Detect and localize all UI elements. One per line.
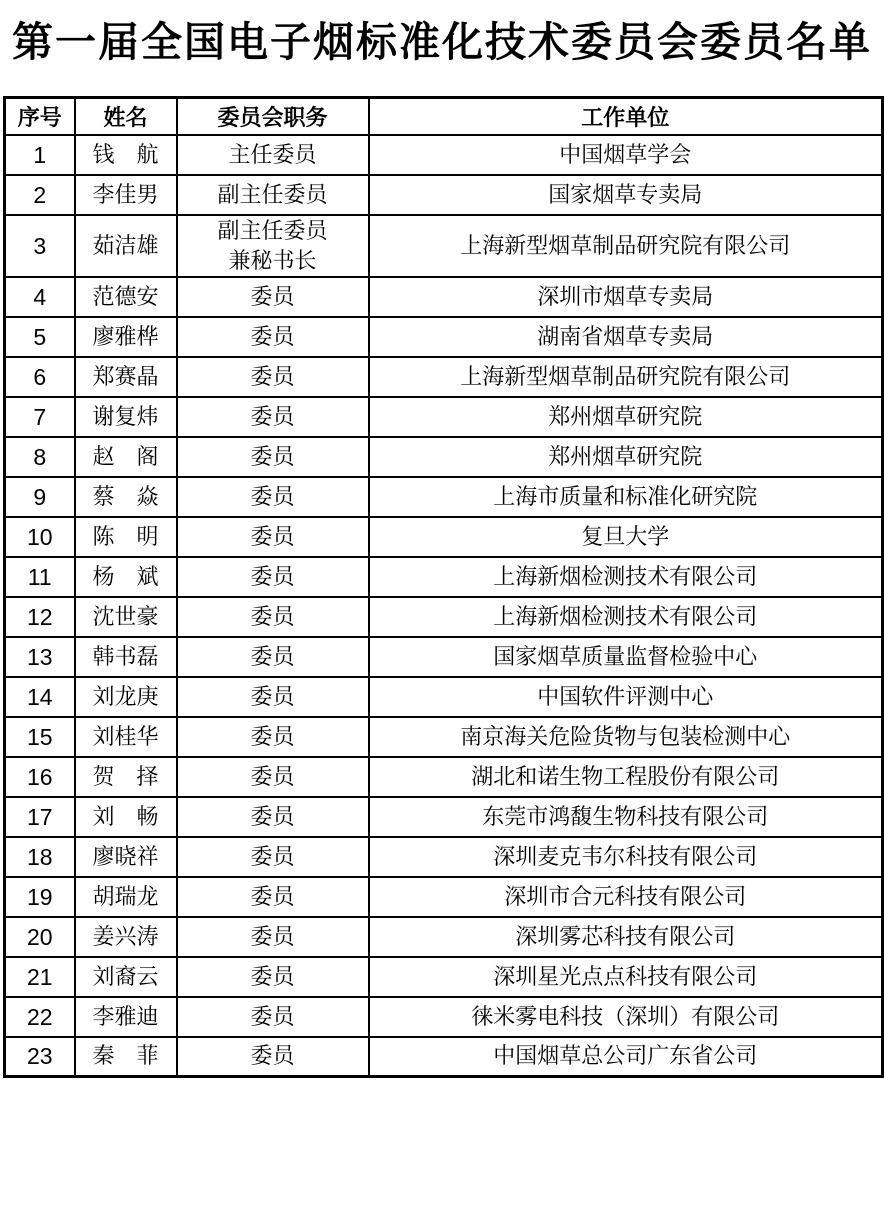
- position-cell: 副主任委员 兼秘书长: [177, 215, 369, 277]
- table-row: 4范德安委员深圳市烟草专卖局: [5, 277, 883, 317]
- position-cell: 委员: [177, 877, 369, 917]
- serial-cell: 6: [5, 357, 75, 397]
- table-row: 16贺 择委员湖北和诺生物工程股份有限公司: [5, 757, 883, 797]
- name-cell: 郑赛晶: [75, 357, 177, 397]
- position-cell: 委员: [177, 797, 369, 837]
- serial-cell: 10: [5, 517, 75, 557]
- table-row: 10陈 明委员复旦大学: [5, 517, 883, 557]
- unit-cell: 复旦大学: [369, 517, 883, 557]
- name-cell: 韩书磊: [75, 637, 177, 677]
- position-cell: 委员: [177, 397, 369, 437]
- position-cell: 委员: [177, 557, 369, 597]
- serial-cell: 8: [5, 437, 75, 477]
- table-row: 9蔡 焱委员上海市质量和标准化研究院: [5, 477, 883, 517]
- serial-cell: 3: [5, 215, 75, 277]
- position-cell: 委员: [177, 357, 369, 397]
- name-cell: 贺 择: [75, 757, 177, 797]
- unit-cell: 上海新烟检测技术有限公司: [369, 557, 883, 597]
- position-cell: 委员: [177, 837, 369, 877]
- serial-cell: 23: [5, 1037, 75, 1077]
- unit-cell: 湖南省烟草专卖局: [369, 317, 883, 357]
- table-row: 23秦 菲委员中国烟草总公司广东省公司: [5, 1037, 883, 1077]
- serial-cell: 9: [5, 477, 75, 517]
- table-row: 14刘龙庚委员中国软件评测中心: [5, 677, 883, 717]
- position-cell: 委员: [177, 437, 369, 477]
- header-name: 姓名: [75, 98, 177, 135]
- table-row: 1钱 航主任委员中国烟草学会: [5, 135, 883, 175]
- unit-cell: 深圳星光点点科技有限公司: [369, 957, 883, 997]
- table-row: 15刘桂华委员南京海关危险货物与包装检测中心: [5, 717, 883, 757]
- name-cell: 刘 畅: [75, 797, 177, 837]
- position-cell: 委员: [177, 517, 369, 557]
- serial-cell: 16: [5, 757, 75, 797]
- unit-cell: 中国烟草总公司广东省公司: [369, 1037, 883, 1077]
- name-cell: 李佳男: [75, 175, 177, 215]
- page-title: 第一届全国电子烟标准化技术委员会委员名单: [12, 0, 872, 71]
- position-cell: 委员: [177, 917, 369, 957]
- serial-cell: 19: [5, 877, 75, 917]
- serial-cell: 4: [5, 277, 75, 317]
- name-cell: 廖晓祥: [75, 837, 177, 877]
- unit-cell: 湖北和诺生物工程股份有限公司: [369, 757, 883, 797]
- name-cell: 赵 阁: [75, 437, 177, 477]
- document-page: 第一届全国电子烟标准化技术委员会委员名单 序号 姓名 委员会职务 工作单位 1钱…: [0, 0, 884, 1220]
- table-row: 8赵 阁委员郑州烟草研究院: [5, 437, 883, 477]
- table-row: 3茹洁雄副主任委员 兼秘书长上海新型烟草制品研究院有限公司: [5, 215, 883, 277]
- unit-cell: 上海新型烟草制品研究院有限公司: [369, 357, 883, 397]
- unit-cell: 深圳麦克韦尔科技有限公司: [369, 837, 883, 877]
- table-body: 1钱 航主任委员中国烟草学会2李佳男副主任委员国家烟草专卖局3茹洁雄副主任委员 …: [5, 135, 883, 1077]
- header-serial: 序号: [5, 98, 75, 135]
- table-row: 2李佳男副主任委员国家烟草专卖局: [5, 175, 883, 215]
- name-cell: 刘裔云: [75, 957, 177, 997]
- table-row: 6郑赛晶委员上海新型烟草制品研究院有限公司: [5, 357, 883, 397]
- serial-cell: 14: [5, 677, 75, 717]
- serial-cell: 15: [5, 717, 75, 757]
- position-cell: 委员: [177, 597, 369, 637]
- position-cell: 委员: [177, 277, 369, 317]
- name-cell: 刘龙庚: [75, 677, 177, 717]
- unit-cell: 上海新型烟草制品研究院有限公司: [369, 215, 883, 277]
- position-cell: 主任委员: [177, 135, 369, 175]
- table-row: 22李雅迪委员徕米雾电科技（深圳）有限公司: [5, 997, 883, 1037]
- unit-cell: 上海新烟检测技术有限公司: [369, 597, 883, 637]
- name-cell: 沈世豪: [75, 597, 177, 637]
- serial-cell: 11: [5, 557, 75, 597]
- position-cell: 委员: [177, 477, 369, 517]
- table-row: 19胡瑞龙委员深圳市合元科技有限公司: [5, 877, 883, 917]
- name-cell: 谢复炜: [75, 397, 177, 437]
- serial-cell: 5: [5, 317, 75, 357]
- unit-cell: 上海市质量和标准化研究院: [369, 477, 883, 517]
- table-row: 13韩书磊委员国家烟草质量监督检验中心: [5, 637, 883, 677]
- member-table: 序号 姓名 委员会职务 工作单位 1钱 航主任委员中国烟草学会2李佳男副主任委员…: [3, 96, 884, 1078]
- header-unit: 工作单位: [369, 98, 883, 135]
- table-row: 18廖晓祥委员深圳麦克韦尔科技有限公司: [5, 837, 883, 877]
- serial-cell: 12: [5, 597, 75, 637]
- serial-cell: 13: [5, 637, 75, 677]
- table-row: 21刘裔云委员深圳星光点点科技有限公司: [5, 957, 883, 997]
- name-cell: 钱 航: [75, 135, 177, 175]
- name-cell: 陈 明: [75, 517, 177, 557]
- name-cell: 范德安: [75, 277, 177, 317]
- table-row: 12沈世豪委员上海新烟检测技术有限公司: [5, 597, 883, 637]
- position-cell: 委员: [177, 637, 369, 677]
- name-cell: 蔡 焱: [75, 477, 177, 517]
- unit-cell: 深圳雾芯科技有限公司: [369, 917, 883, 957]
- serial-cell: 21: [5, 957, 75, 997]
- position-cell: 委员: [177, 1037, 369, 1077]
- unit-cell: 中国烟草学会: [369, 135, 883, 175]
- table-header: 序号 姓名 委员会职务 工作单位: [5, 98, 883, 135]
- name-cell: 刘桂华: [75, 717, 177, 757]
- unit-cell: 郑州烟草研究院: [369, 397, 883, 437]
- serial-cell: 17: [5, 797, 75, 837]
- unit-cell: 深圳市烟草专卖局: [369, 277, 883, 317]
- table-row: 20姜兴涛委员深圳雾芯科技有限公司: [5, 917, 883, 957]
- name-cell: 姜兴涛: [75, 917, 177, 957]
- name-cell: 廖雅桦: [75, 317, 177, 357]
- position-cell: 委员: [177, 677, 369, 717]
- unit-cell: 南京海关危险货物与包装检测中心: [369, 717, 883, 757]
- serial-cell: 18: [5, 837, 75, 877]
- name-cell: 胡瑞龙: [75, 877, 177, 917]
- unit-cell: 东莞市鸿馥生物科技有限公司: [369, 797, 883, 837]
- serial-cell: 7: [5, 397, 75, 437]
- position-cell: 委员: [177, 997, 369, 1037]
- header-position: 委员会职务: [177, 98, 369, 135]
- table-row: 11杨 斌委员上海新烟检测技术有限公司: [5, 557, 883, 597]
- serial-cell: 22: [5, 997, 75, 1037]
- unit-cell: 国家烟草质量监督检验中心: [369, 637, 883, 677]
- serial-cell: 2: [5, 175, 75, 215]
- serial-cell: 20: [5, 917, 75, 957]
- name-cell: 秦 菲: [75, 1037, 177, 1077]
- unit-cell: 国家烟草专卖局: [369, 175, 883, 215]
- table-header-row: 序号 姓名 委员会职务 工作单位: [5, 98, 883, 135]
- unit-cell: 郑州烟草研究院: [369, 437, 883, 477]
- position-cell: 委员: [177, 957, 369, 997]
- position-cell: 委员: [177, 317, 369, 357]
- unit-cell: 徕米雾电科技（深圳）有限公司: [369, 997, 883, 1037]
- table-row: 7谢复炜委员郑州烟草研究院: [5, 397, 883, 437]
- name-cell: 李雅迪: [75, 997, 177, 1037]
- position-cell: 委员: [177, 757, 369, 797]
- name-cell: 茹洁雄: [75, 215, 177, 277]
- position-cell: 副主任委员: [177, 175, 369, 215]
- table-row: 5廖雅桦委员湖南省烟草专卖局: [5, 317, 883, 357]
- position-cell: 委员: [177, 717, 369, 757]
- serial-cell: 1: [5, 135, 75, 175]
- unit-cell: 中国软件评测中心: [369, 677, 883, 717]
- unit-cell: 深圳市合元科技有限公司: [369, 877, 883, 917]
- name-cell: 杨 斌: [75, 557, 177, 597]
- table-row: 17刘 畅委员东莞市鸿馥生物科技有限公司: [5, 797, 883, 837]
